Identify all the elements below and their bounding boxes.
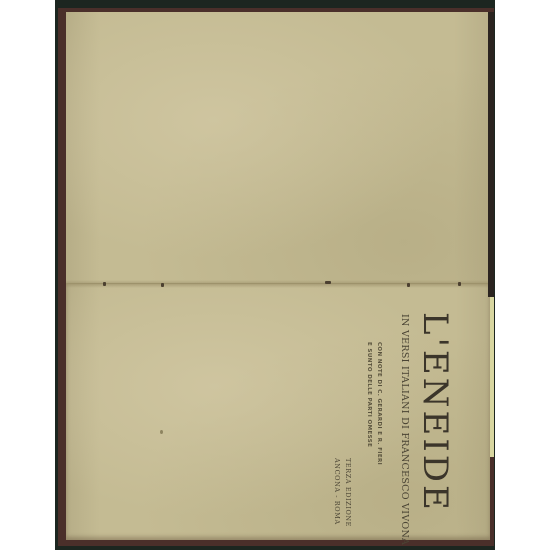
stitch-hole xyxy=(458,282,461,286)
stitch-hole xyxy=(103,282,106,286)
blank-page xyxy=(66,12,488,284)
book-gutter xyxy=(66,280,490,288)
stitch-hole xyxy=(407,283,410,287)
notes-line-1: CON NOTE DI C. GERARDI E R. FIERI xyxy=(376,342,382,465)
stitch-hole xyxy=(325,281,331,284)
page-edge-shadow xyxy=(488,12,494,297)
book-subtitle: IN VERSI ITALIANI DI FRANCESCO VIVONA xyxy=(399,314,410,545)
notes-line-2: E SUNTO DELLE PARTI OMESSE xyxy=(366,342,372,447)
stitch-hole xyxy=(161,283,164,287)
paper-spot xyxy=(160,430,163,434)
book-title: L'ENEIDE xyxy=(418,312,452,513)
publisher-place: ANCONA - ROMA xyxy=(333,458,341,525)
edition-text: TERZA EDIZIONE xyxy=(344,458,352,527)
page-edge-light xyxy=(490,297,494,457)
